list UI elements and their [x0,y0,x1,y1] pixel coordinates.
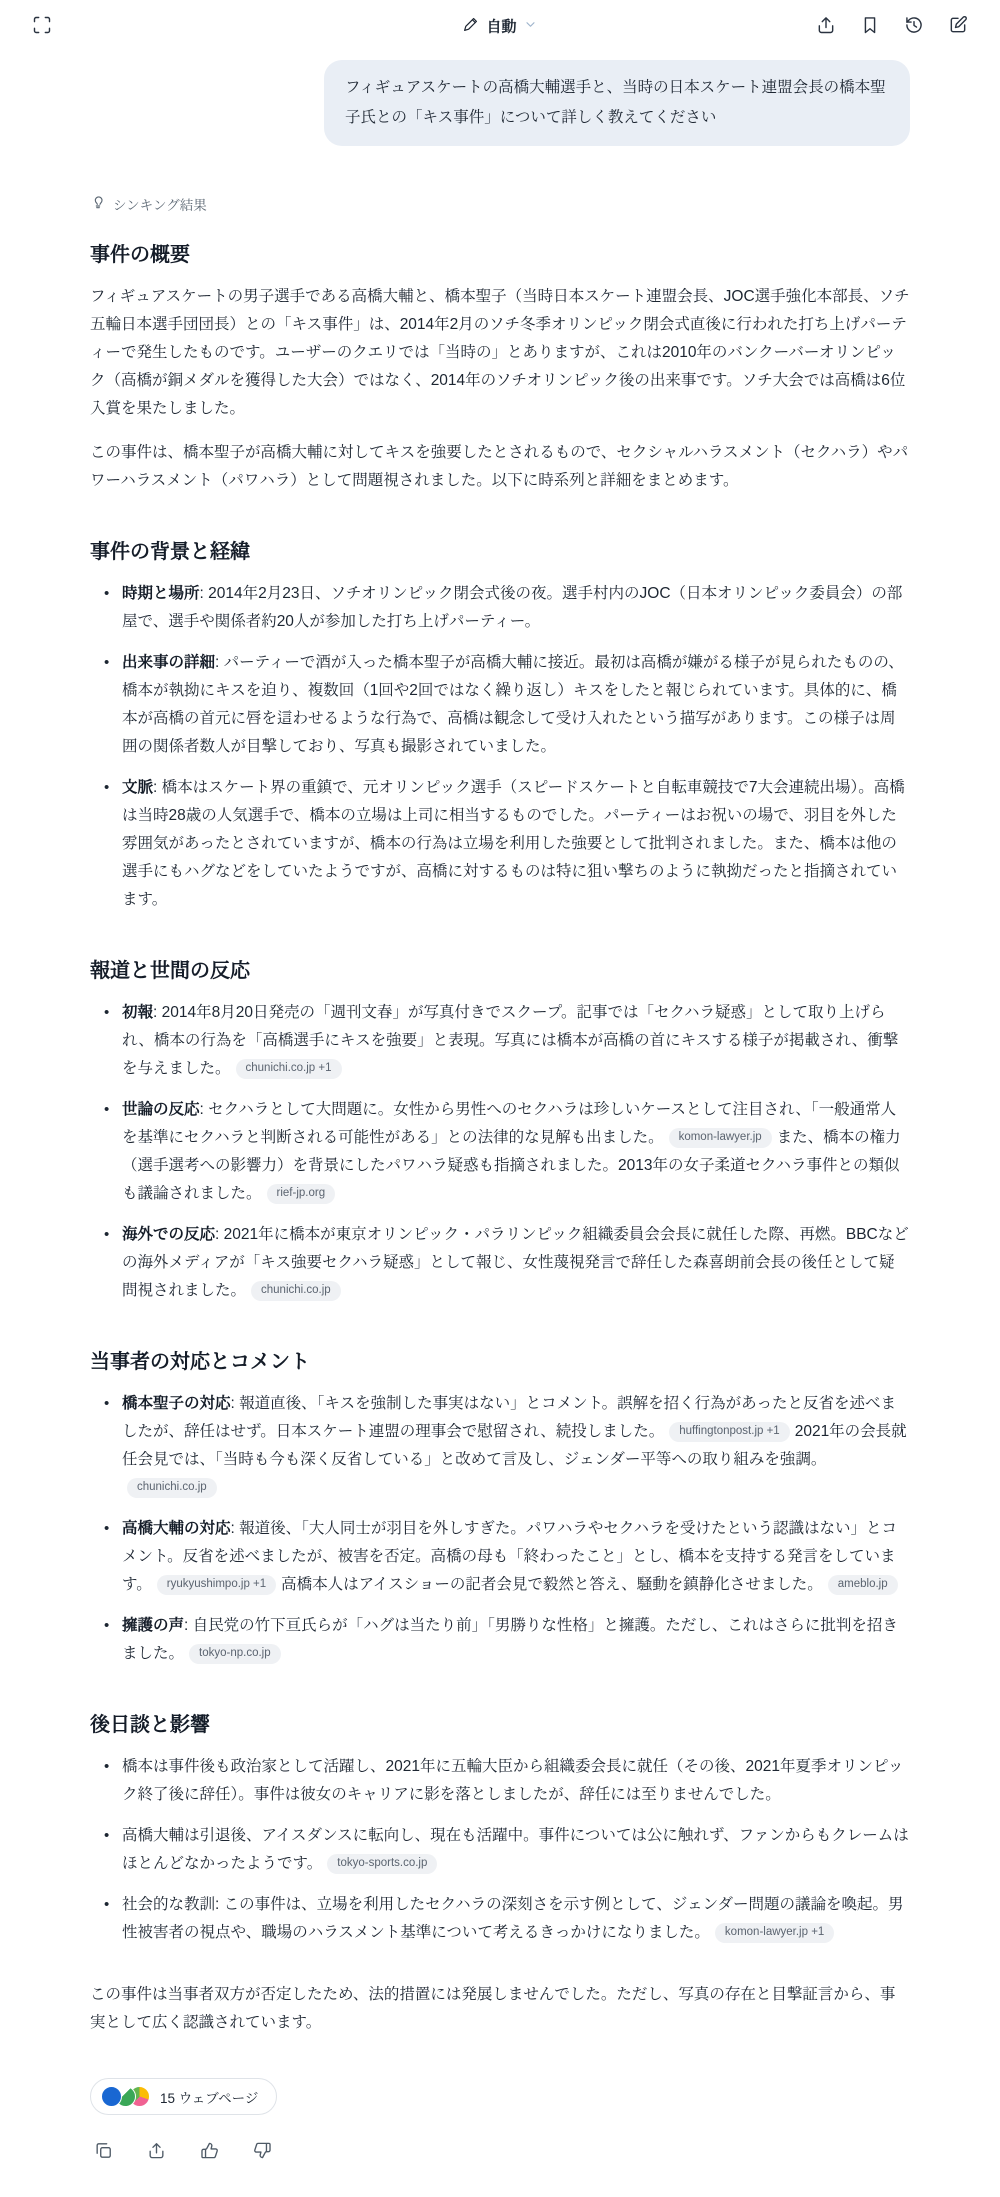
source-favicons [101,2086,150,2107]
sources-chip[interactable]: 15 ウェブページ [90,2078,277,2115]
citation-chip[interactable]: chunichi.co.jp [127,1478,217,1498]
section-title: 報道と世間の反応 [90,954,910,983]
thumbs-down-icon [253,2141,272,2163]
model-selector[interactable]: 自動 [456,15,543,38]
bullet-list: 橋本は事件後も政治家として活躍し、2021年に五輪大臣から組織委会長に就任（その… [90,1753,910,1947]
bullet-label: 擁護の声 [122,1617,184,1634]
chevron-down-icon [524,17,538,35]
assistant-answer: 事件の概要フィギュアスケートの男子選手である高橋大輔と、橋本聖子（当時日本スケー… [90,238,910,1947]
citation-chip[interactable]: huffingtonpost.jp +1 [669,1422,790,1442]
citation-chip[interactable]: tokyo-np.co.jp [189,1644,281,1664]
bullet-item: 擁護の声: 自民党の竹下亘氏らが「ハグは当たり前」「男勝りな性格」と擁護。ただし… [104,1612,910,1668]
user-message: フィギュアスケートの高橋大輔選手と、当時の日本スケート連盟会長の橋本聖子氏との「… [324,60,910,146]
citation-chip[interactable]: ameblo.jp [828,1575,898,1595]
fullscreen-button[interactable] [28,11,56,42]
bullet-label: 時期と場所 [122,585,200,602]
share-icon [147,2141,166,2163]
bullet-item: 初報: 2014年8月20日発売の「週刊文春」が写真付きでスクープ。記事では「セ… [104,999,910,1083]
bullet-list: 時期と場所: 2014年2月23日、ソチオリンピック閉会式後の夜。選手村内のJO… [90,580,910,914]
fullscreen-icon [32,15,52,38]
source-favicon [101,2086,122,2107]
closing-paragraph: この事件は当事者双方が否定したため、法的措置には発展しませんでした。ただし、写真… [90,1981,910,2037]
section-title: 事件の概要 [90,238,910,267]
copy-icon [94,2141,113,2163]
bullet-label: 文脈 [122,779,153,796]
lightbulb-icon [90,195,106,214]
bullet-label: 高橋大輔の対応 [122,1520,231,1537]
bookmark-button[interactable] [856,11,884,42]
citation-chip[interactable]: chunichi.co.jp +1 [236,1059,342,1079]
citation-chip[interactable]: chunichi.co.jp [251,1281,341,1301]
thumbs-up-icon [200,2141,219,2163]
new-chat-icon [948,15,968,38]
bullet-item: 高橋大輔は引退後、アイスダンスに転向し、現在も活躍中。事件については公に触れず、… [104,1822,910,1878]
bullet-item: 社会的な教訓: この事件は、立場を利用したセクハラの深刻さを示す例として、ジェン… [104,1891,910,1947]
pen-icon [462,16,479,37]
section-title: 事件の背景と経緯 [90,535,910,564]
bullet-label: 海外での反応 [122,1226,215,1243]
bullet-item: 橋本は事件後も政治家として活躍し、2021年に五輪大臣から組織委会長に就任（その… [104,1753,910,1809]
share-response-button[interactable] [143,2137,170,2167]
citation-chip[interactable]: komon-lawyer.jp [669,1128,772,1148]
new-chat-button[interactable] [944,11,972,42]
bullet-label: 出来事の詳細 [122,654,215,671]
bullet-item: 時期と場所: 2014年2月23日、ソチオリンピック閉会式後の夜。選手村内のJO… [104,580,910,636]
history-icon [904,15,924,38]
citation-chip[interactable]: tokyo-sports.co.jp [327,1854,437,1874]
bullet-label: 世論の反応 [122,1101,200,1118]
model-label: 自動 [486,16,516,37]
bullet-list: 橋本聖子の対応: 報道直後、「キスを強制した事実はない」とコメント。誤解を招く行… [90,1390,910,1668]
thinking-label: シンキング結果 [113,194,207,214]
history-button[interactable] [900,11,928,42]
bookmark-icon [860,15,880,38]
bullet-item: 橋本聖子の対応: 報道直後、「キスを強制した事実はない」とコメント。誤解を招く行… [104,1390,910,1502]
share-button[interactable] [812,11,840,42]
section-title: 当事者の対応とコメント [90,1345,910,1374]
citation-chip[interactable]: ryukyushimpo.jp +1 [157,1575,276,1595]
paragraph: フィギュアスケートの男子選手である高橋大輔と、橋本聖子（当時日本スケート連盟会長… [90,283,910,423]
citation-chip[interactable]: rief-jp.org [267,1184,336,1204]
bullet-item: 高橋大輔の対応: 報道後、「大人同士が羽目を外しすぎた。パワハラやセクハラを受け… [104,1515,910,1599]
top-bar: 自動 [0,0,1000,52]
sources-count-label: 15 ウェブページ [160,2087,258,2107]
bullet-item: 世論の反応: セクハラとして大問題に。女性から男性へのセクハラは珍しいケースとし… [104,1096,910,1208]
bullet-label: 初報 [122,1004,153,1021]
share-icon [816,15,836,38]
copy-button[interactable] [90,2137,117,2167]
thumbs-up-button[interactable] [196,2137,223,2167]
bullet-item: 海外での反応: 2021年に橋本が東京オリンピック・パラリンピック組織委員会会長… [104,1221,910,1305]
bullet-item: 出来事の詳細: パーティーで酒が入った橋本聖子が高橋大輔に接近。最初は高橋が嫌が… [104,649,910,761]
bullet-label: 橋本聖子の対応 [122,1395,231,1412]
bullet-list: 初報: 2014年8月20日発売の「週刊文春」が写真付きでスクープ。記事では「セ… [90,999,910,1305]
section-title: 後日談と影響 [90,1708,910,1737]
bullet-item: 文脈: 橋本はスケート界の重鎮で、元オリンピック選手（スピードスケートと自転車競… [104,774,910,914]
thumbs-down-button[interactable] [249,2137,276,2167]
citation-chip[interactable]: komon-lawyer.jp +1 [715,1923,834,1943]
message-action-bar [90,2137,910,2197]
thinking-toggle[interactable]: シンキング結果 [90,194,207,214]
paragraph: この事件は、橋本聖子が高橋大輔に対してキスを強要したとされるもので、セクシャルハ… [90,439,910,495]
